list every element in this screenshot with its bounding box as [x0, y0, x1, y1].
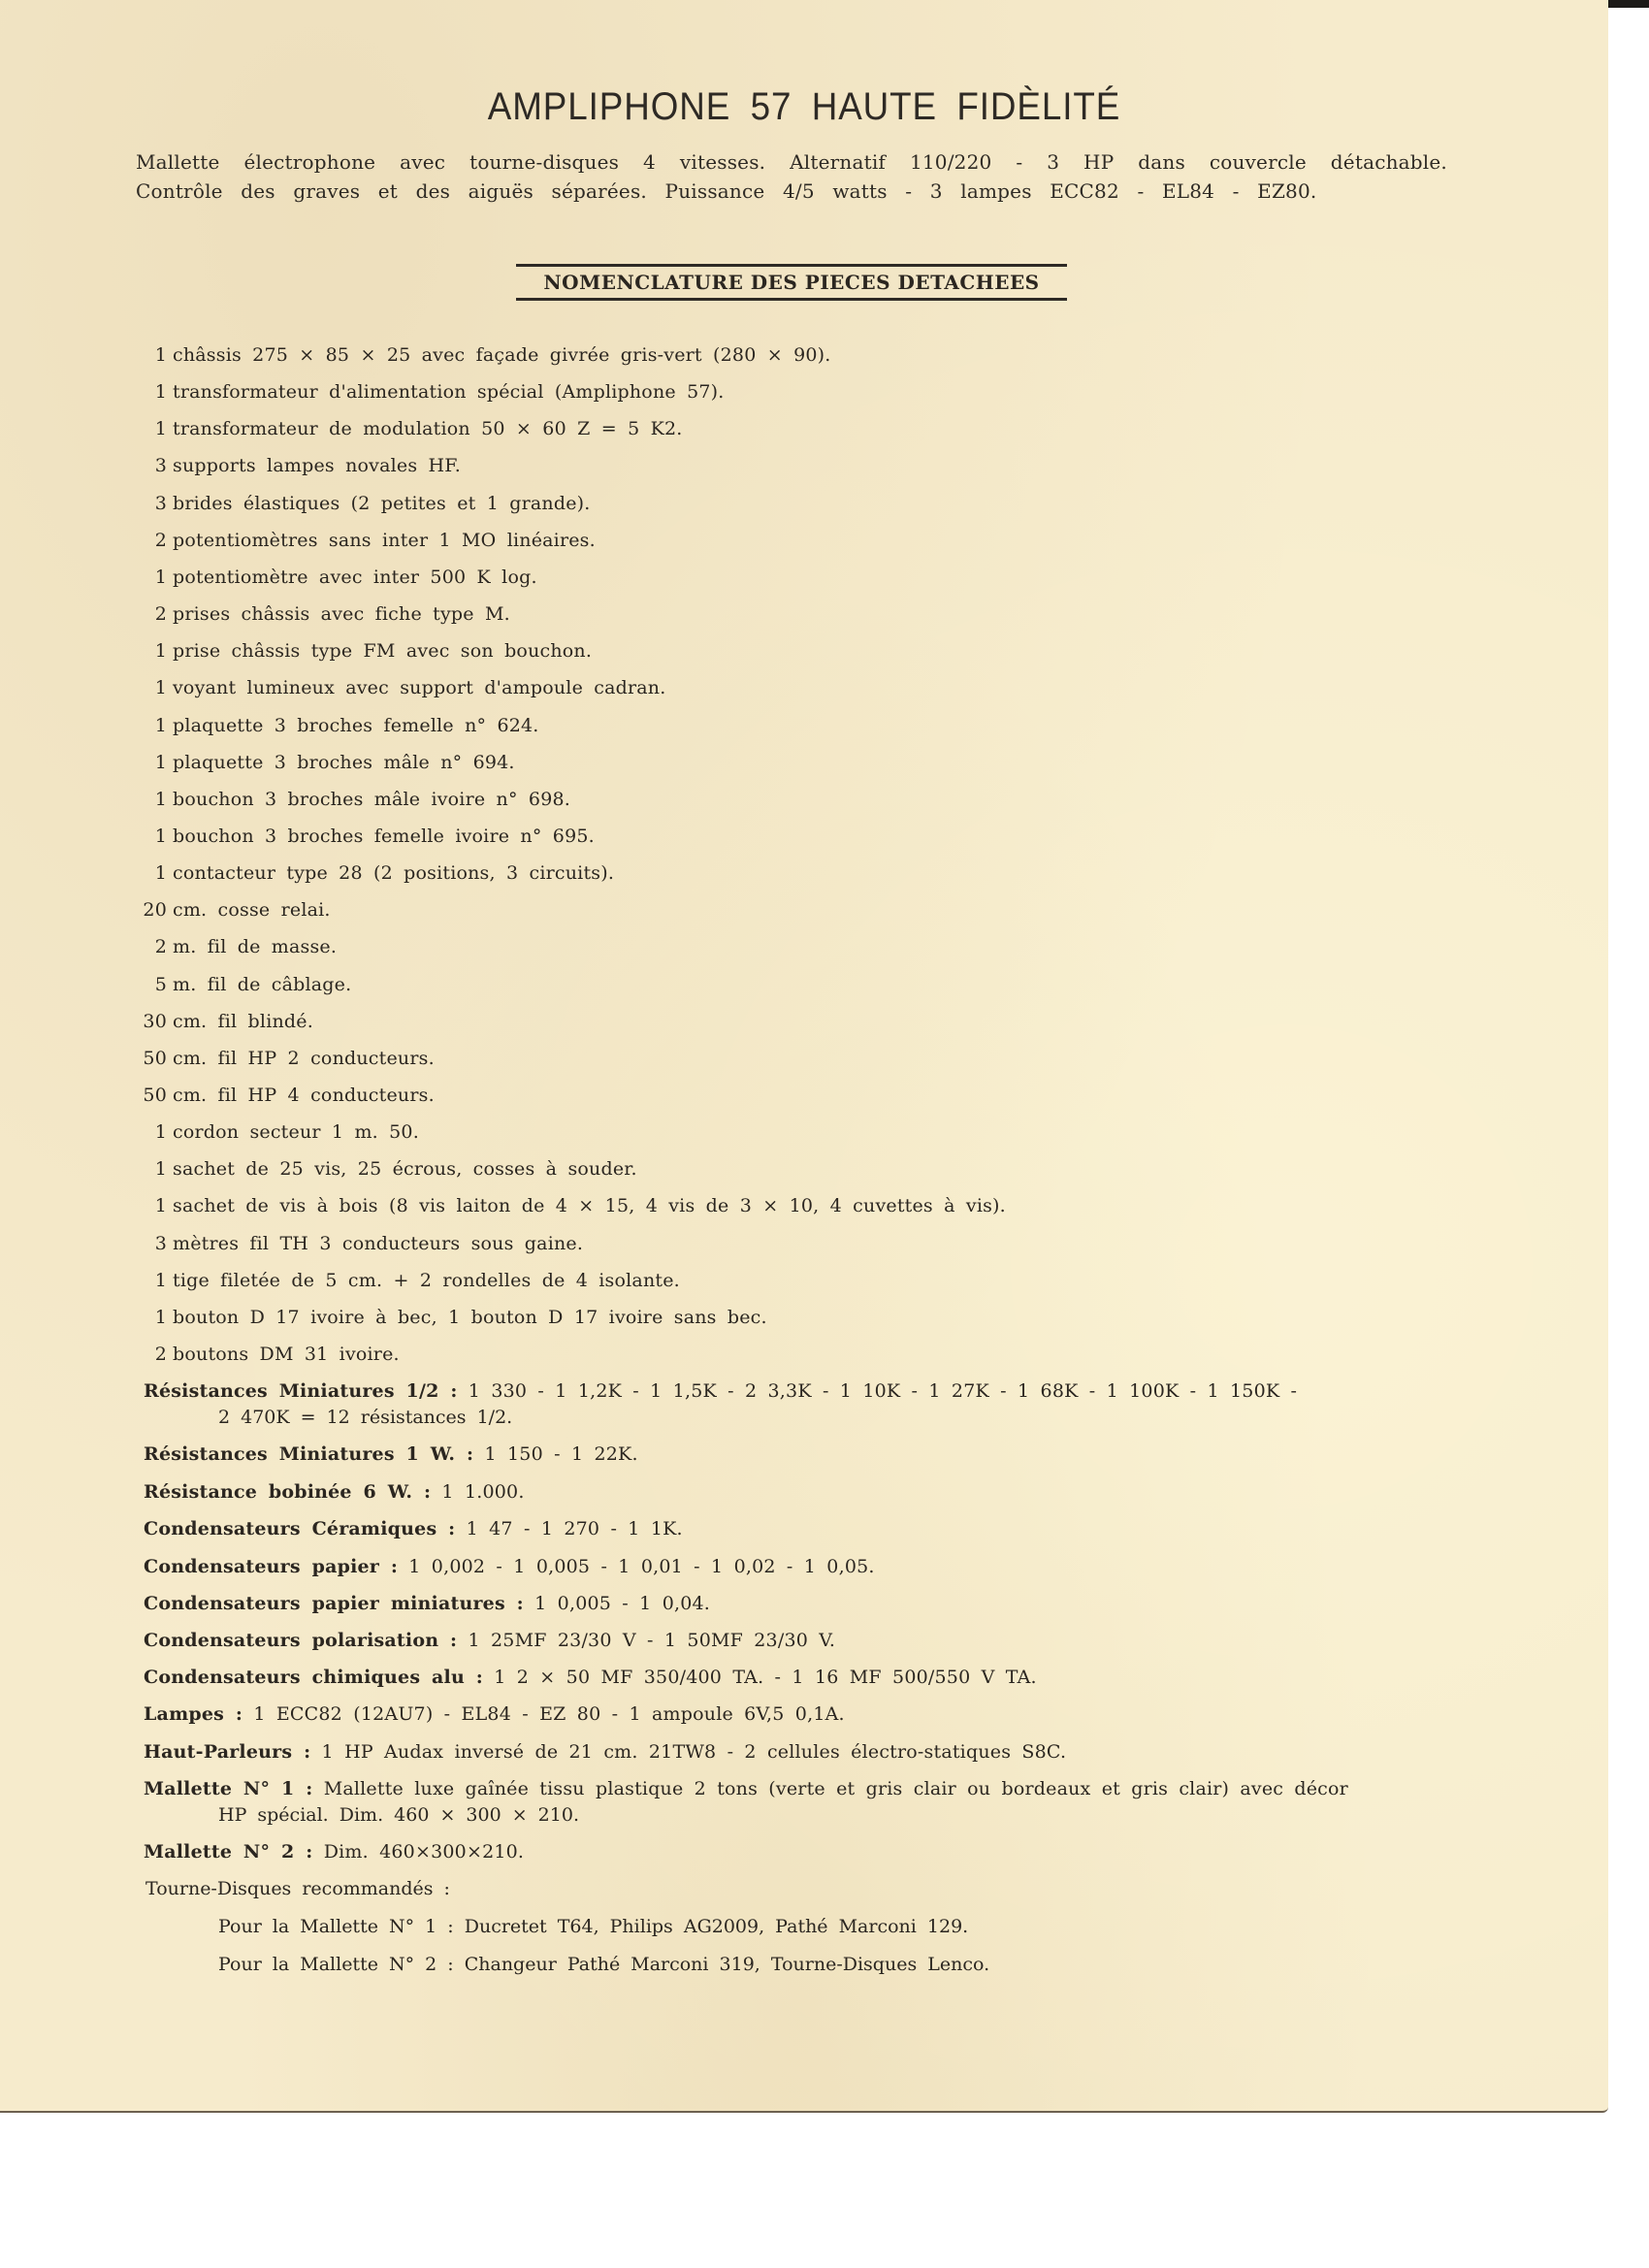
- part-quantity: 3: [138, 455, 167, 476]
- component-label: Condensateurs papier miniatures :: [144, 1593, 524, 1614]
- turntable-recommendation: Pour la Mallette N° 2 : Changeur Pathé M…: [218, 1954, 989, 1975]
- part-description: transformateur d'alimentation spécial (A…: [173, 381, 725, 403]
- part-item: 1cordon secteur 1 m. 50.: [138, 1121, 419, 1143]
- component-label: Lampes :: [144, 1703, 242, 1725]
- part-description: boutons DM 31 ivoire.: [173, 1344, 400, 1365]
- component-group: Mallette N° 2 : Dim. 460×300×210.: [144, 1841, 524, 1863]
- component-group: Condensateurs chimiques alu : 1 2 × 50 M…: [144, 1667, 1037, 1688]
- part-quantity: 1: [138, 640, 167, 662]
- part-item: 1bouchon 3 broches mâle ivoire n° 698.: [138, 789, 570, 810]
- part-description: cm. cosse relai.: [173, 899, 331, 921]
- component-values: 1 HP Audax inversé de 21 cm. 21TW8 - 2 c…: [310, 1741, 1066, 1763]
- intro-line-1: Mallette électrophone avec tourne-disque…: [136, 147, 1447, 177]
- component-group: Lampes : 1 ECC82 (12AU7) - EL84 - EZ 80 …: [144, 1703, 845, 1725]
- part-description: supports lampes novales HF.: [173, 455, 461, 476]
- part-item: 1contacteur type 28 (2 positions, 3 circ…: [138, 862, 614, 884]
- part-item: 1tige filetée de 5 cm. + 2 rondelles de …: [138, 1270, 680, 1291]
- component-group: Condensateurs Céramiques : 1 47 - 1 270 …: [144, 1518, 683, 1539]
- part-description: sachet de 25 vis, 25 écrous, cosses à so…: [173, 1158, 637, 1180]
- component-label: Condensateurs papier :: [144, 1556, 398, 1577]
- component-continuation: 2 470K = 12 résistances 1/2.: [218, 1407, 512, 1428]
- part-quantity: 50: [138, 1048, 167, 1069]
- component-values: Mallette luxe gaînée tissu plastique 2 t…: [312, 1778, 1347, 1799]
- part-description: brides élastiques (2 petites et 1 grande…: [173, 493, 591, 514]
- part-item: 20cm. cosse relai.: [138, 899, 331, 921]
- part-quantity: 2: [138, 1344, 167, 1365]
- part-quantity: 1: [138, 1121, 167, 1143]
- component-group: Mallette N° 1 : Mallette luxe gaînée tis…: [144, 1778, 1348, 1799]
- part-item: 30cm. fil blindé.: [138, 1011, 313, 1032]
- document-title: AMPLIPHONE 57 HAUTE FIDÈLITÉ: [64, 85, 1543, 129]
- component-values: Dim. 460×300×210.: [312, 1841, 524, 1863]
- part-quantity: 1: [138, 789, 167, 810]
- part-item: 2boutons DM 31 ivoire.: [138, 1344, 400, 1365]
- part-item: 1plaquette 3 broches mâle n° 694.: [138, 752, 515, 773]
- part-description: tige filetée de 5 cm. + 2 rondelles de 4…: [173, 1270, 680, 1291]
- part-quantity: 5: [138, 974, 167, 995]
- part-description: châssis 275 × 85 × 25 avec façade givrée…: [173, 344, 831, 366]
- component-group: Résistances Miniatures 1 W. : 1 150 - 1 …: [144, 1443, 638, 1465]
- part-quantity: 2: [138, 530, 167, 551]
- part-description: contacteur type 28 (2 positions, 3 circu…: [173, 862, 614, 884]
- part-item: 2prises châssis avec fiche type M.: [138, 603, 510, 625]
- part-quantity: 1: [138, 567, 167, 588]
- part-item: 1sachet de 25 vis, 25 écrous, cosses à s…: [138, 1158, 637, 1180]
- part-description: bouton D 17 ivoire à bec, 1 bouton D 17 …: [173, 1307, 767, 1328]
- part-quantity: 1: [138, 1307, 167, 1328]
- part-item: 2potentiomètres sans inter 1 MO linéaire…: [138, 530, 596, 551]
- part-item: 1sachet de vis à bois (8 vis laiton de 4…: [138, 1195, 1006, 1216]
- part-item: 1châssis 275 × 85 × 25 avec façade givré…: [138, 344, 831, 366]
- component-group: Résistance bobinée 6 W. : 1 1.000.: [144, 1481, 525, 1503]
- part-item: 1prise châssis type FM avec son bouchon.: [138, 640, 592, 662]
- component-group: Haut-Parleurs : 1 HP Audax inversé de 21…: [144, 1741, 1066, 1763]
- part-quantity: 30: [138, 1011, 167, 1032]
- component-values: 1 1.000.: [431, 1481, 524, 1503]
- component-label: Condensateurs polarisation :: [144, 1630, 457, 1651]
- turntable-recommendation: Pour la Mallette N° 1 : Ducretet T64, Ph…: [218, 1916, 968, 1937]
- part-item: 3supports lampes novales HF.: [138, 455, 461, 476]
- component-group: Condensateurs polarisation : 1 25MF 23/3…: [144, 1630, 835, 1651]
- part-description: sachet de vis à bois (8 vis laiton de 4 …: [173, 1195, 1006, 1216]
- part-description: prise châssis type FM avec son bouchon.: [173, 640, 592, 662]
- part-item: 1plaquette 3 broches femelle n° 624.: [138, 715, 539, 736]
- part-quantity: 20: [138, 899, 167, 921]
- component-values: 1 0,005 - 1 0,04.: [524, 1593, 710, 1614]
- component-label: Haut-Parleurs :: [144, 1741, 310, 1763]
- component-label: Mallette N° 2 :: [144, 1841, 312, 1863]
- part-item: 1bouton D 17 ivoire à bec, 1 bouton D 17…: [138, 1307, 767, 1328]
- part-item: 2m. fil de masse.: [138, 936, 337, 957]
- component-values: 1 2 × 50 MF 350/400 TA. - 1 16 MF 500/55…: [483, 1667, 1037, 1688]
- component-continuation: HP spécial. Dim. 460 × 300 × 210.: [218, 1804, 579, 1826]
- component-label: Mallette N° 1 :: [144, 1778, 312, 1799]
- part-description: prises châssis avec fiche type M.: [173, 603, 510, 625]
- component-label: Condensateurs chimiques alu :: [144, 1667, 483, 1688]
- part-item: 50cm. fil HP 2 conducteurs.: [138, 1048, 435, 1069]
- part-quantity: 1: [138, 1195, 167, 1216]
- component-values: 1 330 - 1 1,2K - 1 1,5K - 2 3,3K - 1 10K…: [458, 1380, 1298, 1402]
- part-description: bouchon 3 broches femelle ivoire n° 695.: [173, 826, 595, 847]
- part-quantity: 2: [138, 936, 167, 957]
- part-quantity: 1: [138, 826, 167, 847]
- part-description: potentiomètres sans inter 1 MO linéaires…: [173, 530, 596, 551]
- part-description: mètres fil TH 3 conducteurs sous gaine.: [173, 1233, 583, 1254]
- part-item: 5m. fil de câblage.: [138, 974, 351, 995]
- part-quantity: 1: [138, 344, 167, 366]
- part-quantity: 1: [138, 418, 167, 439]
- part-item: 1potentiomètre avec inter 500 K log.: [138, 567, 537, 588]
- part-description: m. fil de masse.: [173, 936, 337, 957]
- part-item: 3brides élastiques (2 petites et 1 grand…: [138, 493, 591, 514]
- part-item: 1transformateur d'alimentation spécial (…: [138, 381, 725, 403]
- component-values: 1 47 - 1 270 - 1 1K.: [455, 1518, 682, 1539]
- part-item: 50cm. fil HP 4 conducteurs.: [138, 1085, 435, 1106]
- part-item: 3mètres fil TH 3 conducteurs sous gaine.: [138, 1233, 583, 1254]
- part-description: plaquette 3 broches femelle n° 624.: [173, 715, 539, 736]
- part-description: m. fil de câblage.: [173, 974, 351, 995]
- part-description: cm. fil HP 4 conducteurs.: [173, 1085, 435, 1106]
- part-item: 1voyant lumineux avec support d'ampoule …: [138, 677, 665, 698]
- part-description: transformateur de modulation 50 × 60 Z =…: [173, 418, 683, 439]
- component-group: Condensateurs papier miniatures : 1 0,00…: [144, 1593, 710, 1614]
- part-quantity: 1: [138, 715, 167, 736]
- part-description: potentiomètre avec inter 500 K log.: [173, 567, 537, 588]
- section-heading: NOMENCLATURE DES PIECES DETACHEES: [516, 264, 1067, 301]
- part-quantity: 1: [138, 677, 167, 698]
- part-item: 1bouchon 3 broches femelle ivoire n° 695…: [138, 826, 595, 847]
- component-values: 1 ECC82 (12AU7) - EL84 - EZ 80 - 1 ampou…: [242, 1703, 845, 1725]
- component-group: Condensateurs papier : 1 0,002 - 1 0,005…: [144, 1556, 875, 1577]
- part-quantity: 1: [138, 381, 167, 403]
- part-description: bouchon 3 broches mâle ivoire n° 698.: [173, 789, 570, 810]
- component-values: 1 25MF 23/30 V - 1 50MF 23/30 V.: [457, 1630, 835, 1651]
- part-description: cm. fil HP 2 conducteurs.: [173, 1048, 435, 1069]
- part-quantity: 1: [138, 1270, 167, 1291]
- part-item: 1transformateur de modulation 50 × 60 Z …: [138, 418, 683, 439]
- component-label: Condensateurs Céramiques :: [144, 1518, 455, 1539]
- part-quantity: 1: [138, 1158, 167, 1180]
- part-description: voyant lumineux avec support d'ampoule c…: [173, 677, 665, 698]
- part-quantity: 50: [138, 1085, 167, 1106]
- component-label: Résistances Miniatures 1 W. :: [144, 1443, 473, 1465]
- component-label: Résistances Miniatures 1/2 :: [144, 1380, 458, 1402]
- intro-line-2: Contrôle des graves et des aiguës séparé…: [136, 177, 1377, 206]
- component-group: Résistances Miniatures 1/2 : 1 330 - 1 1…: [144, 1380, 1297, 1402]
- part-quantity: 3: [138, 1233, 167, 1254]
- turntables-label: Tourne-Disques recommandés :: [145, 1878, 450, 1899]
- component-values: 1 0,002 - 1 0,005 - 1 0,01 - 1 0,02 - 1 …: [398, 1556, 875, 1577]
- component-label: Résistance bobinée 6 W. :: [144, 1481, 431, 1503]
- part-description: cordon secteur 1 m. 50.: [173, 1121, 419, 1143]
- component-values: 1 150 - 1 22K.: [473, 1443, 637, 1465]
- part-description: cm. fil blindé.: [173, 1011, 313, 1032]
- part-description: plaquette 3 broches mâle n° 694.: [173, 752, 515, 773]
- part-quantity: 1: [138, 862, 167, 884]
- part-quantity: 1: [138, 752, 167, 773]
- part-quantity: 2: [138, 603, 167, 625]
- part-quantity: 3: [138, 493, 167, 514]
